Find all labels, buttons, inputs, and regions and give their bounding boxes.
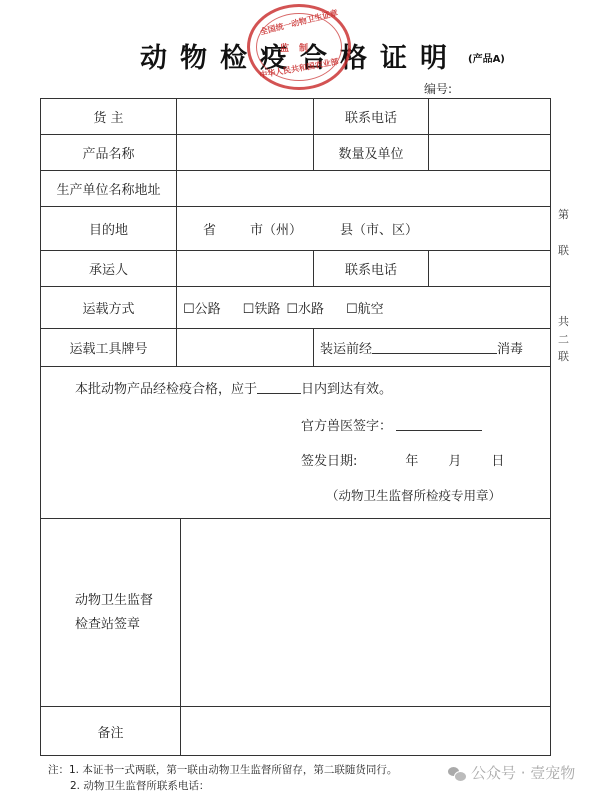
county-label: 县（市、区） [340,219,418,238]
disinfection-field: 装运前经 消毒 [314,329,550,366]
option-air[interactable]: ☐航空 [346,298,384,317]
wechat-icon [448,766,466,780]
issue-date-row: 签发日期: 年 月 日 [301,449,504,469]
owner-phone-field[interactable] [429,99,550,134]
watermark-text: 公众号 · 壹宠物 [471,762,575,783]
day-label: 日 [491,450,504,469]
total-mark-3: 联 [558,348,569,364]
option-water[interactable]: ☐水路 [286,298,324,317]
seal-note: （动物卫生监督所检疫专用章） [326,485,501,505]
city-label: 市（州） [250,219,302,238]
footnote-1: 注：1. 本证书一式两联，第一联由动物卫生监督所留存，第二联随货同行。 [48,762,397,778]
producer-address-label: 生产单位名称地址 [41,171,176,206]
document-subtitle: (产品A) [468,50,505,65]
footnotes: 注：1. 本证书一式两联，第一联由动物卫生监督所留存，第二联随货同行。 2. 动… [48,762,397,794]
copy-mark-2: 联 [558,242,569,258]
vet-signature-blank[interactable] [396,418,482,431]
station-seal-field[interactable] [181,519,550,706]
statement-suffix: 日内到达有效。 [301,378,392,397]
remarks-field[interactable] [181,707,550,755]
row-divider [41,366,550,367]
watermark: 公众号 · 壹宠物 [448,762,575,783]
checkbox-icon[interactable]: ☐ [286,302,298,317]
disinfectant-blank[interactable] [372,341,497,354]
disinfect-prefix: 装运前经 [320,338,372,357]
seal-middle-text: 监制 [250,41,348,54]
remarks-label: 备注 [41,707,180,755]
producer-address-field[interactable] [177,171,550,206]
transport-mode-options: ☐公路 ☐铁路 ☐水路 ☐航空 [177,287,550,328]
disinfect-suffix: 消毒 [497,338,523,357]
quantity-unit-label: 数量及单位 [314,135,428,170]
carrier-field[interactable] [177,251,313,286]
checkbox-icon[interactable]: ☐ [346,302,358,317]
vehicle-plate-label: 运载工具牌号 [41,329,176,366]
serial-number-label: 编号: [424,80,452,97]
vet-signature-row: 官方兽医签字： [301,414,482,434]
product-name-field[interactable] [177,135,313,170]
owner-label: 货 主 [41,99,176,134]
destination-field[interactable]: 省 市（州） 县（市、区） [177,207,550,250]
station-label-line2: 检查站签章 [75,613,140,637]
quantity-unit-field[interactable] [429,135,550,170]
checkbox-icon[interactable]: ☐ [243,302,255,317]
transport-mode-label: 运载方式 [41,287,176,328]
carrier-label: 承运人 [41,251,176,286]
carrier-phone-label: 联系电话 [314,251,428,286]
month-label: 月 [448,450,461,469]
vet-signature-label: 官方兽医签字： [301,415,392,434]
option-rail[interactable]: ☐铁路 [243,298,281,317]
copy-mark-1: 第 [558,206,569,222]
product-name-label: 产品名称 [41,135,176,170]
official-seal: 全国统一动物卫生证章 监制 中华人民共和国农业部 [247,4,351,90]
station-label-line1: 动物卫生监督 [75,589,153,613]
checkbox-icon[interactable]: ☐ [183,302,195,317]
validity-days-blank[interactable] [257,381,301,394]
statement-prefix: 本批动物产品经检疫合格，应于 [75,378,257,397]
owner-field[interactable] [177,99,313,134]
certificate-form-table: 货 主 联系电话 产品名称 数量及单位 生产单位名称地址 目的地 省 市（州） … [40,98,551,756]
vehicle-plate-field[interactable] [177,329,313,366]
total-mark-2: 二 [558,331,569,347]
option-road[interactable]: ☐公路 [183,298,221,317]
total-mark-1: 共 [558,313,569,329]
destination-label: 目的地 [41,207,176,250]
owner-phone-label: 联系电话 [314,99,428,134]
issue-date-label: 签发日期: [301,450,357,469]
carrier-phone-field[interactable] [429,251,550,286]
footnote-2: 2. 动物卫生监督所联系电话： [48,778,397,794]
validity-statement: 本批动物产品经检疫合格，应于 日内到达有效。 [75,377,392,397]
station-seal-label: 动物卫生监督 检查站签章 [41,519,180,706]
province-label: 省 [203,219,216,238]
year-label: 年 [405,450,418,469]
